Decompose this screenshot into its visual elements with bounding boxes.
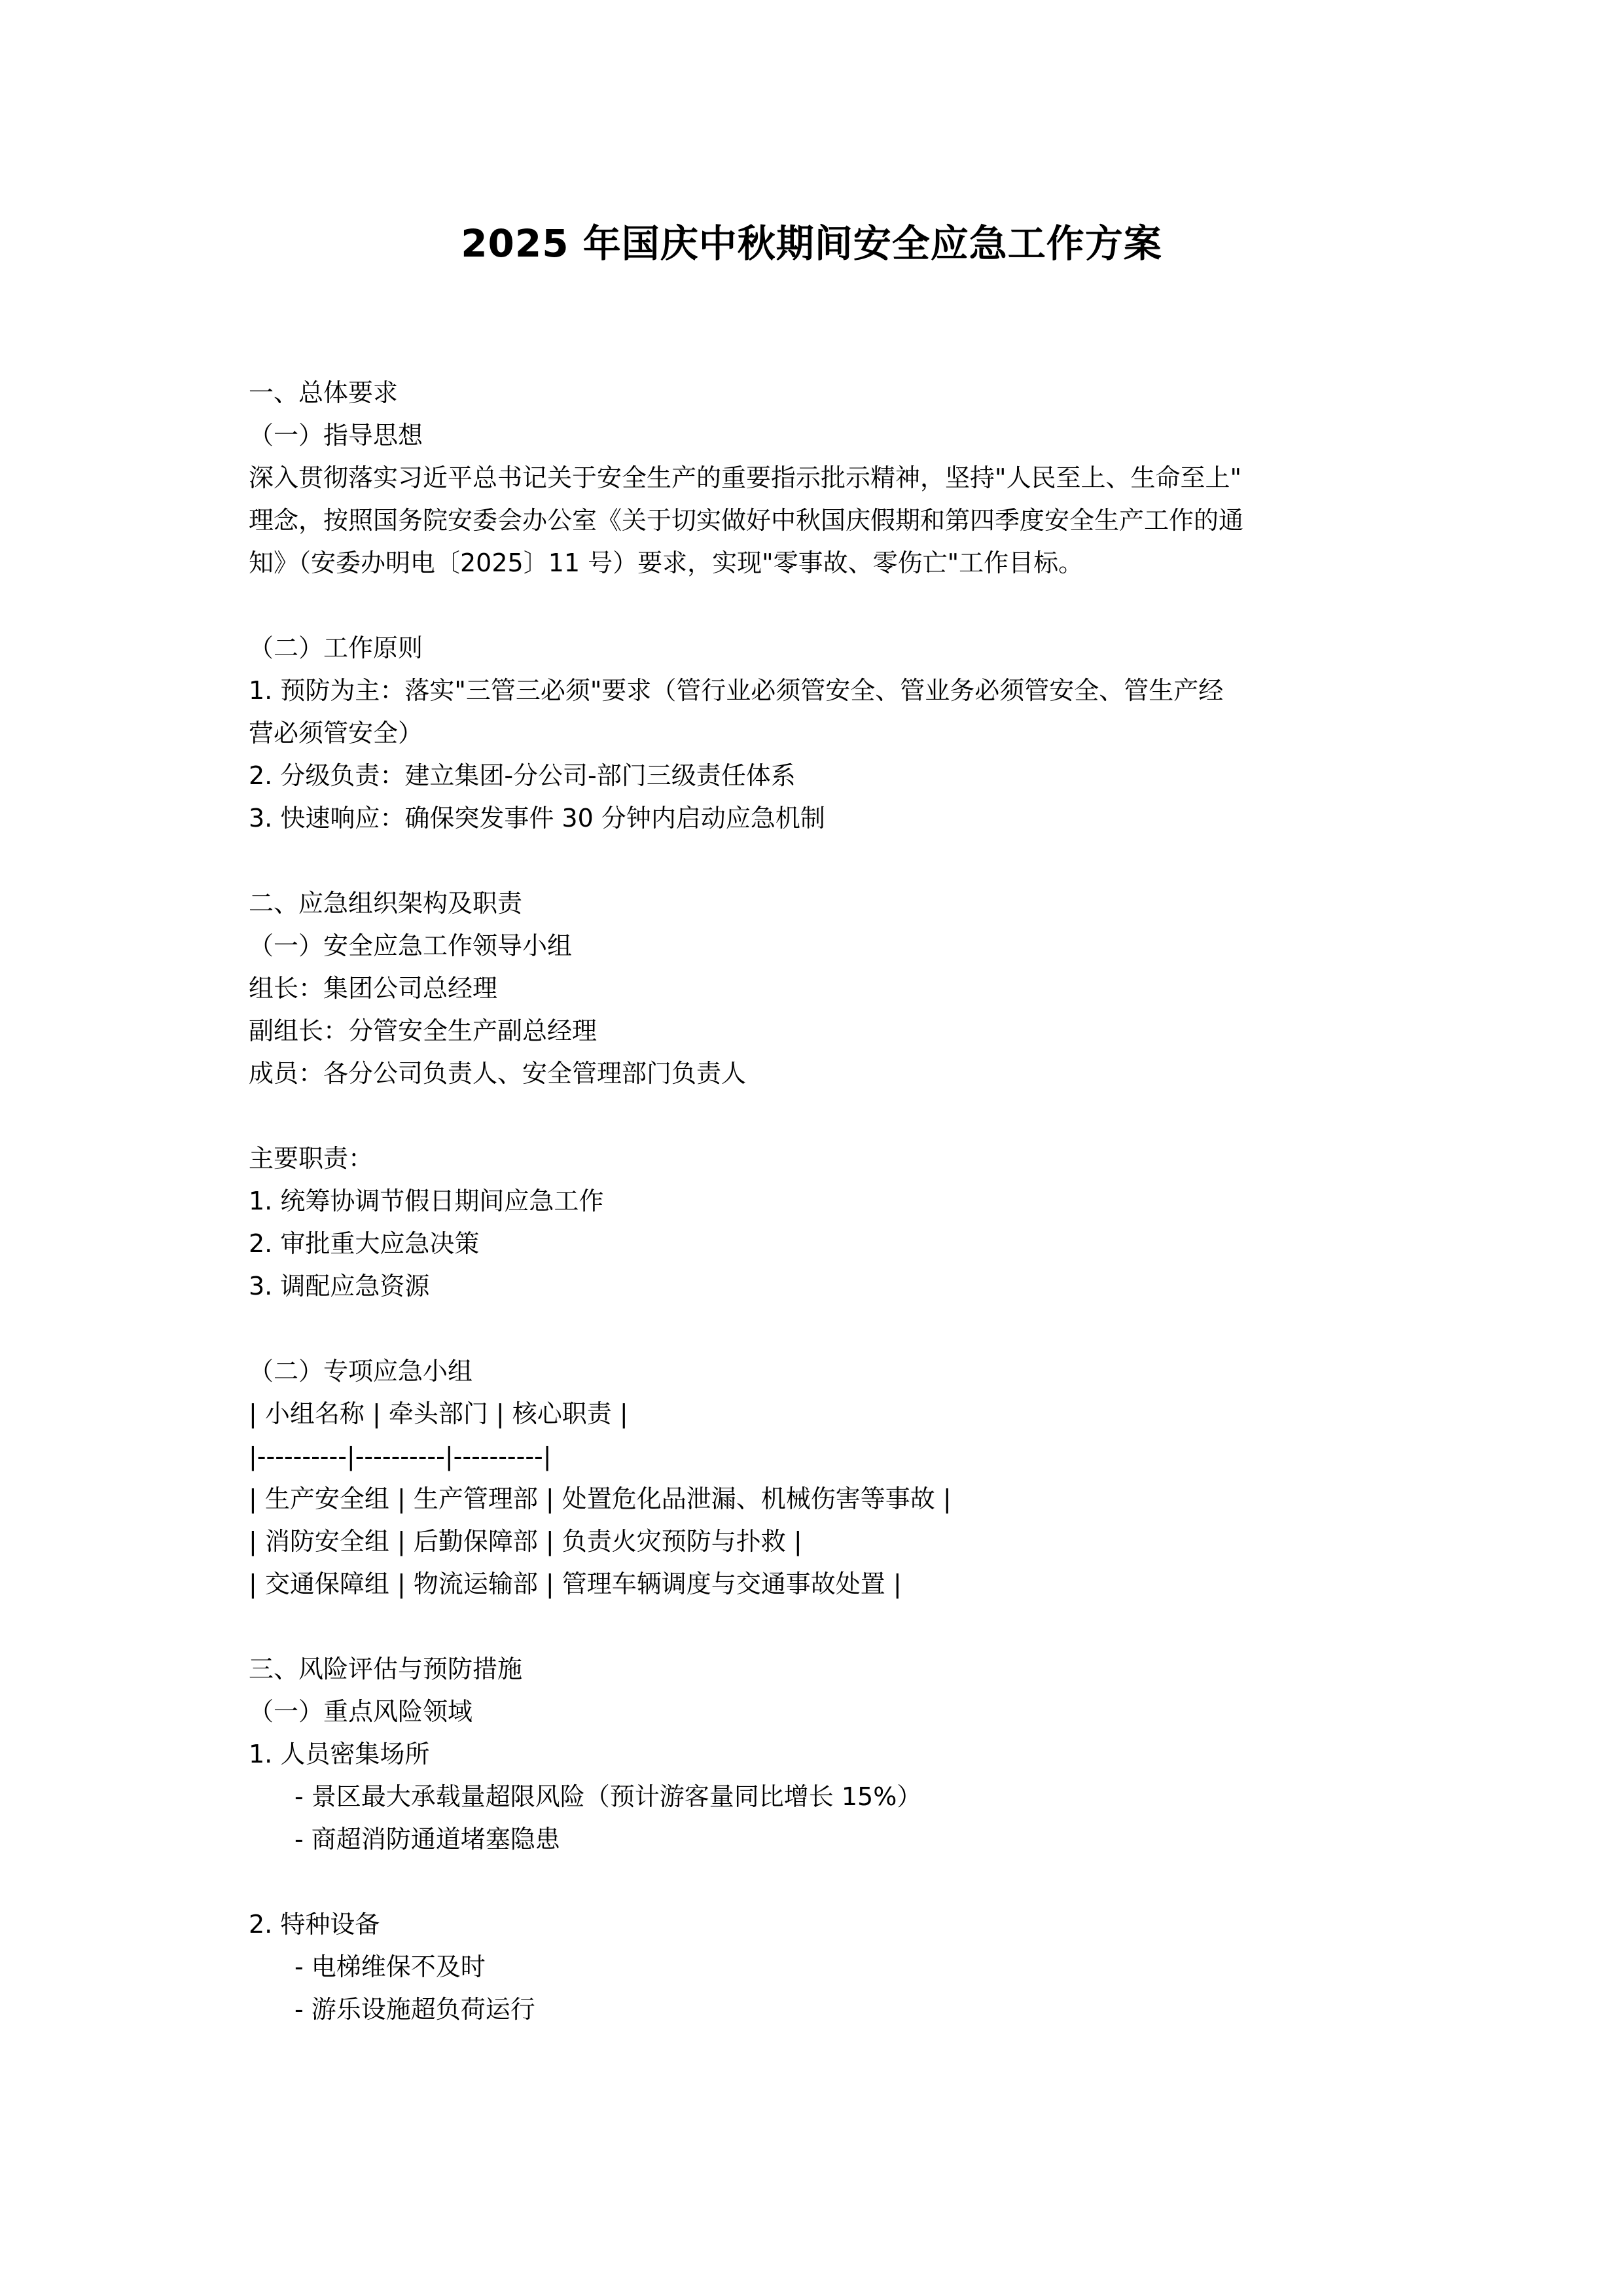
markdown-table-header: | 小组名称 | 牵头部门 | 核心职责 | [249, 1393, 1407, 1435]
subsection-heading: （一）指导思想 [249, 414, 1407, 457]
markdown-table-row: | 消防安全组 | 后勤保障部 | 负责火灾预防与扑救 | [249, 1520, 1407, 1563]
spacer [249, 1861, 1407, 1903]
list-item: 2. 分级负责：建立集团-分公司-部门三级责任体系 [249, 755, 1407, 797]
list-item: 1. 统筹协调节假日期间应急工作 [249, 1180, 1407, 1223]
spacer [249, 1308, 1407, 1350]
subsection-heading: （二）工作原则 [249, 627, 1407, 670]
paragraph-line: 知》（安委办明电〔2025〕11 号）要求，实现"零事故、零伤亡"工作目标。 [249, 542, 1407, 584]
member-line: 成员：各分公司负责人、安全管理部门负责人 [249, 1052, 1407, 1095]
bullet-item: - 景区最大承载量超限风险（预计游客量同比增长 15%） [249, 1776, 1407, 1818]
list-item: 1. 预防为主：落实"三管三必须"要求（管行业必须管安全、管业务必须管安全、管生… [249, 670, 1407, 712]
markdown-table-separator: |----------|----------|----------| [249, 1435, 1407, 1478]
paragraph-line: 深入贯彻落实习近平总书记关于安全生产的重要指示批示精神，坚持"人民至上、生命至上… [249, 457, 1407, 499]
list-item: 2. 审批重大应急决策 [249, 1223, 1407, 1265]
section-heading: 二、应急组织架构及职责 [249, 882, 1407, 925]
spacer [249, 584, 1407, 627]
duties-heading: 主要职责： [249, 1138, 1407, 1180]
document-body: 一、总体要求 （一）指导思想 深入贯彻落实习近平总书记关于安全生产的重要指示批示… [249, 372, 1407, 2031]
subsection-heading: （一）重点风险领域 [249, 1691, 1407, 1733]
subsection-heading: （一）安全应急工作领导小组 [249, 925, 1407, 967]
markdown-table-row: | 生产安全组 | 生产管理部 | 处置危化品泄漏、机械伤害等事故 | [249, 1478, 1407, 1520]
member-line: 副组长：分管安全生产副总经理 [249, 1010, 1407, 1052]
spacer [249, 1095, 1407, 1138]
list-item: 3. 调配应急资源 [249, 1265, 1407, 1308]
paragraph-line: 理念，按照国务院安委会办公室《关于切实做好中秋国庆假期和第四季度安全生产工作的通 [249, 499, 1407, 542]
bullet-item: - 游乐设施超负荷运行 [249, 1988, 1407, 2031]
bullet-item: - 商超消防通道堵塞隐患 [249, 1818, 1407, 1861]
bullet-item: - 电梯维保不及时 [249, 1946, 1407, 1988]
list-item: 1. 人员密集场所 [249, 1733, 1407, 1776]
member-line: 组长：集团公司总经理 [249, 967, 1407, 1010]
spacer [249, 1605, 1407, 1648]
spacer [249, 840, 1407, 882]
section-heading: 三、风险评估与预防措施 [249, 1648, 1407, 1691]
markdown-table-row: | 交通保障组 | 物流运输部 | 管理车辆调度与交通事故处置 | [249, 1563, 1407, 1605]
section-heading: 一、总体要求 [249, 372, 1407, 414]
list-item: 2. 特种设备 [249, 1903, 1407, 1946]
list-item: 3. 快速响应：确保突发事件 30 分钟内启动应急机制 [249, 797, 1407, 840]
document-title: 2025 年国庆中秋期间安全应急工作方案 [0, 213, 1623, 268]
list-item-continuation: 营必须管安全） [249, 712, 1407, 755]
subsection-heading: （二）专项应急小组 [249, 1350, 1407, 1393]
